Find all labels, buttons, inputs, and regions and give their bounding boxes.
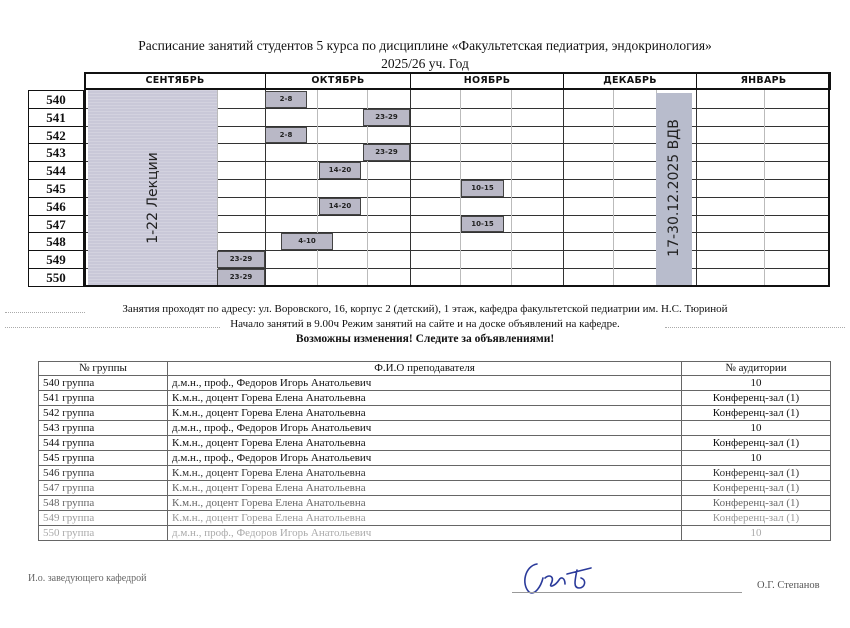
group-row-label: 542 bbox=[28, 126, 84, 145]
room-cell: Конференц-зал (1) bbox=[682, 466, 831, 481]
group-cell: 548 группа bbox=[39, 496, 168, 511]
month-header: СЕНТЯБРЬ bbox=[84, 72, 266, 90]
group-cell: 546 группа bbox=[39, 466, 168, 481]
signatory-name: О.Г. Степанов bbox=[757, 580, 820, 591]
group-row-label: 548 bbox=[28, 232, 84, 251]
header-group: № группы bbox=[39, 362, 168, 376]
table-row: 543 группад.м.н., проф., Федоров Игорь А… bbox=[39, 421, 831, 436]
table-row: 546 группаК.м.н., доцент Горева Елена Ан… bbox=[39, 466, 831, 481]
changes-warning: Возможны изменения! Следите за объявлени… bbox=[0, 333, 850, 345]
teacher-cell: К.м.н., доцент Горева Елена Анатольевна bbox=[168, 511, 682, 526]
teacher-cell: д.м.н., проф., Федоров Игорь Анатольевич bbox=[168, 526, 682, 541]
grid-week-line bbox=[317, 90, 318, 286]
session-block: 14-20 bbox=[319, 198, 361, 215]
table-header-row: № группы Ф.И.О преподавателя № аудитории bbox=[39, 362, 831, 376]
signatory-position: И.о. заведующего кафедрой bbox=[28, 573, 147, 584]
group-cell: 550 группа bbox=[39, 526, 168, 541]
group-cell: 549 группа bbox=[39, 511, 168, 526]
month-header: ОКТЯБРЬ bbox=[265, 72, 411, 90]
room-cell: 10 bbox=[682, 526, 831, 541]
table-row: 548 группаК.м.н., доцент Горева Елена Ан… bbox=[39, 496, 831, 511]
grid-month-line bbox=[84, 90, 85, 286]
group-cell: 545 группа bbox=[39, 451, 168, 466]
teacher-cell: К.м.н., доцент Горева Елена Анатольевна bbox=[168, 496, 682, 511]
lecture-block-label: 1-22 Лекции bbox=[145, 148, 161, 248]
month-header: НОЯБРЬ bbox=[410, 72, 564, 90]
room-cell: Конференц-зал (1) bbox=[682, 511, 831, 526]
grid-week-line bbox=[511, 90, 512, 286]
grid-week-line bbox=[764, 90, 765, 286]
group-cell: 544 группа bbox=[39, 436, 168, 451]
session-block: 23-29 bbox=[363, 109, 410, 126]
schedule-grid: СЕНТЯБРЬОКТЯБРЬНОЯБРЬДЕКАБРЬЯНВАРЬ540541… bbox=[28, 72, 830, 288]
grid-row-line bbox=[84, 286, 830, 287]
group-row-label: 543 bbox=[28, 143, 84, 162]
group-cell: 543 группа bbox=[39, 421, 168, 436]
header-teacher: Ф.И.О преподавателя bbox=[168, 362, 682, 376]
session-block: 23-29 bbox=[363, 144, 410, 161]
teacher-cell: К.м.н., доцент Горева Елена Анатольевна bbox=[168, 436, 682, 451]
holiday-block-label: 17-30.12.2025 ВДВ bbox=[666, 108, 682, 268]
table-row: 550 группад.м.н., проф., Федоров Игорь А… bbox=[39, 526, 831, 541]
header-room: № аудитории bbox=[682, 362, 831, 376]
group-row-label: 545 bbox=[28, 179, 84, 198]
session-block: 14-20 bbox=[319, 162, 361, 179]
table-row: 544 группаК.м.н., доцент Горева Елена Ан… bbox=[39, 436, 831, 451]
room-cell: Конференц-зал (1) bbox=[682, 406, 831, 421]
address-note: Занятия проходят по адресу: ул. Воровско… bbox=[0, 303, 850, 315]
teacher-cell: д.м.н., проф., Федоров Игорь Анатольевич bbox=[168, 421, 682, 436]
table-row: 545 группад.м.н., проф., Федоров Игорь А… bbox=[39, 451, 831, 466]
group-row-label: 540 bbox=[28, 90, 84, 109]
room-cell: 10 bbox=[682, 421, 831, 436]
group-cell: 547 группа bbox=[39, 481, 168, 496]
group-row-label: 546 bbox=[28, 197, 84, 216]
room-cell: Конференц-зал (1) bbox=[682, 391, 831, 406]
session-block: 2-8 bbox=[265, 91, 307, 108]
room-cell: Конференц-зал (1) bbox=[682, 496, 831, 511]
teacher-cell: К.м.н., доцент Горева Елена Анатольевна bbox=[168, 406, 682, 421]
session-block: 2-8 bbox=[265, 127, 307, 144]
start-time-note: Начало занятий в 9.00ч Режим занятий на … bbox=[0, 318, 850, 330]
group-cell: 540 группа bbox=[39, 376, 168, 391]
group-row-label: 550 bbox=[28, 268, 84, 287]
signature-line bbox=[512, 592, 742, 593]
teachers-table: № группы Ф.И.О преподавателя № аудитории… bbox=[38, 361, 831, 541]
table-row: 549 группаК.м.н., доцент Горева Елена Ан… bbox=[39, 511, 831, 526]
grid-month-line bbox=[410, 90, 411, 286]
room-cell: Конференц-зал (1) bbox=[682, 436, 831, 451]
group-row-label: 547 bbox=[28, 215, 84, 234]
session-block: 23-29 bbox=[217, 251, 265, 268]
session-block: 10-15 bbox=[461, 180, 504, 197]
month-header: ДЕКАБРЬ bbox=[563, 72, 697, 90]
teacher-cell: К.м.н., доцент Горева Елена Анатольевна bbox=[168, 466, 682, 481]
table-row: 541 группаК.м.н., доцент Горева Елена Ан… bbox=[39, 391, 831, 406]
group-row-label: 544 bbox=[28, 161, 84, 180]
grid-month-line bbox=[265, 90, 266, 286]
grid-month-line bbox=[696, 90, 697, 286]
table-row: 542 группаК.м.н., доцент Горева Елена Ан… bbox=[39, 406, 831, 421]
room-cell: Конференц-зал (1) bbox=[682, 481, 831, 496]
group-row-label: 541 bbox=[28, 108, 84, 127]
teacher-cell: д.м.н., проф., Федоров Игорь Анатольевич bbox=[168, 451, 682, 466]
group-row-label: 549 bbox=[28, 250, 84, 269]
table-row: 547 группаК.м.н., доцент Горева Елена Ан… bbox=[39, 481, 831, 496]
session-block: 10-15 bbox=[461, 216, 504, 233]
table-row: 540 группад.м.н., проф., Федоров Игорь А… bbox=[39, 376, 831, 391]
session-block: 4-10 bbox=[281, 233, 333, 250]
grid-month-line bbox=[563, 90, 564, 286]
month-header: ЯНВАРЬ bbox=[696, 72, 831, 90]
document-title: Расписание занятий студентов 5 курса по … bbox=[0, 38, 850, 54]
teacher-cell: К.м.н., доцент Горева Елена Анатольевна bbox=[168, 391, 682, 406]
teacher-cell: д.м.н., проф., Федоров Игорь Анатольевич bbox=[168, 376, 682, 391]
room-cell: 10 bbox=[682, 451, 831, 466]
teacher-cell: К.м.н., доцент Горева Елена Анатольевна bbox=[168, 481, 682, 496]
academic-year: 2025/26 уч. Год bbox=[0, 56, 850, 72]
group-cell: 541 группа bbox=[39, 391, 168, 406]
group-cell: 542 группа bbox=[39, 406, 168, 421]
session-block: 23-29 bbox=[217, 269, 265, 286]
grid-week-line bbox=[613, 90, 614, 286]
room-cell: 10 bbox=[682, 376, 831, 391]
